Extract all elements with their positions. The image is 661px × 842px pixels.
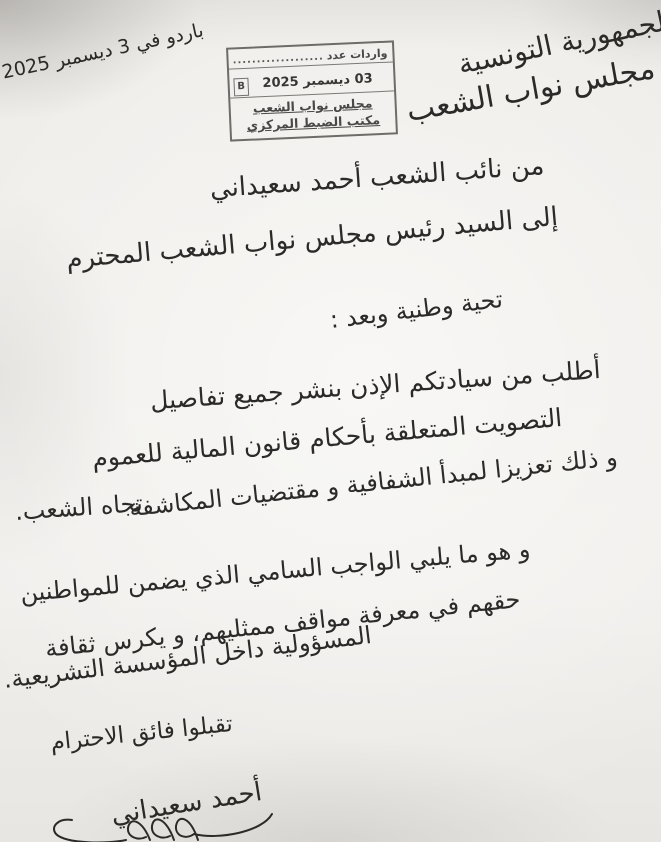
stamp-org-block: مجلس نواب الشعب مكتب الضبط المركزي (230, 90, 396, 139)
stamp-incoming-label: واردات عدد (326, 47, 387, 63)
from-line: من نائب الشعب أحمد سعيداني (209, 150, 545, 206)
closing-line: تقبلوا فائق الاحترام (49, 710, 234, 758)
signature-flourish (48, 810, 278, 842)
letter-page: الجمهورية التونسية مجلس نواب الشعب باردو… (0, 0, 661, 842)
salutation-line: تحية وطنية وبعد : (329, 284, 505, 335)
stamp-dotted-line: .............................. (233, 51, 324, 66)
registry-stamp: واردات عدد .............................… (226, 40, 398, 141)
stamp-date: 03 ديسمبر 2025 (262, 71, 373, 91)
to-line: إلى السيد رئيس مجلس نواب الشعب المحترم (65, 201, 559, 276)
body1-line4: تجاه الشعب. (14, 488, 144, 527)
place-date-line: باردو في 3 ديسمبر 2025 (0, 19, 206, 85)
stamp-corner-mark: B (233, 78, 249, 97)
